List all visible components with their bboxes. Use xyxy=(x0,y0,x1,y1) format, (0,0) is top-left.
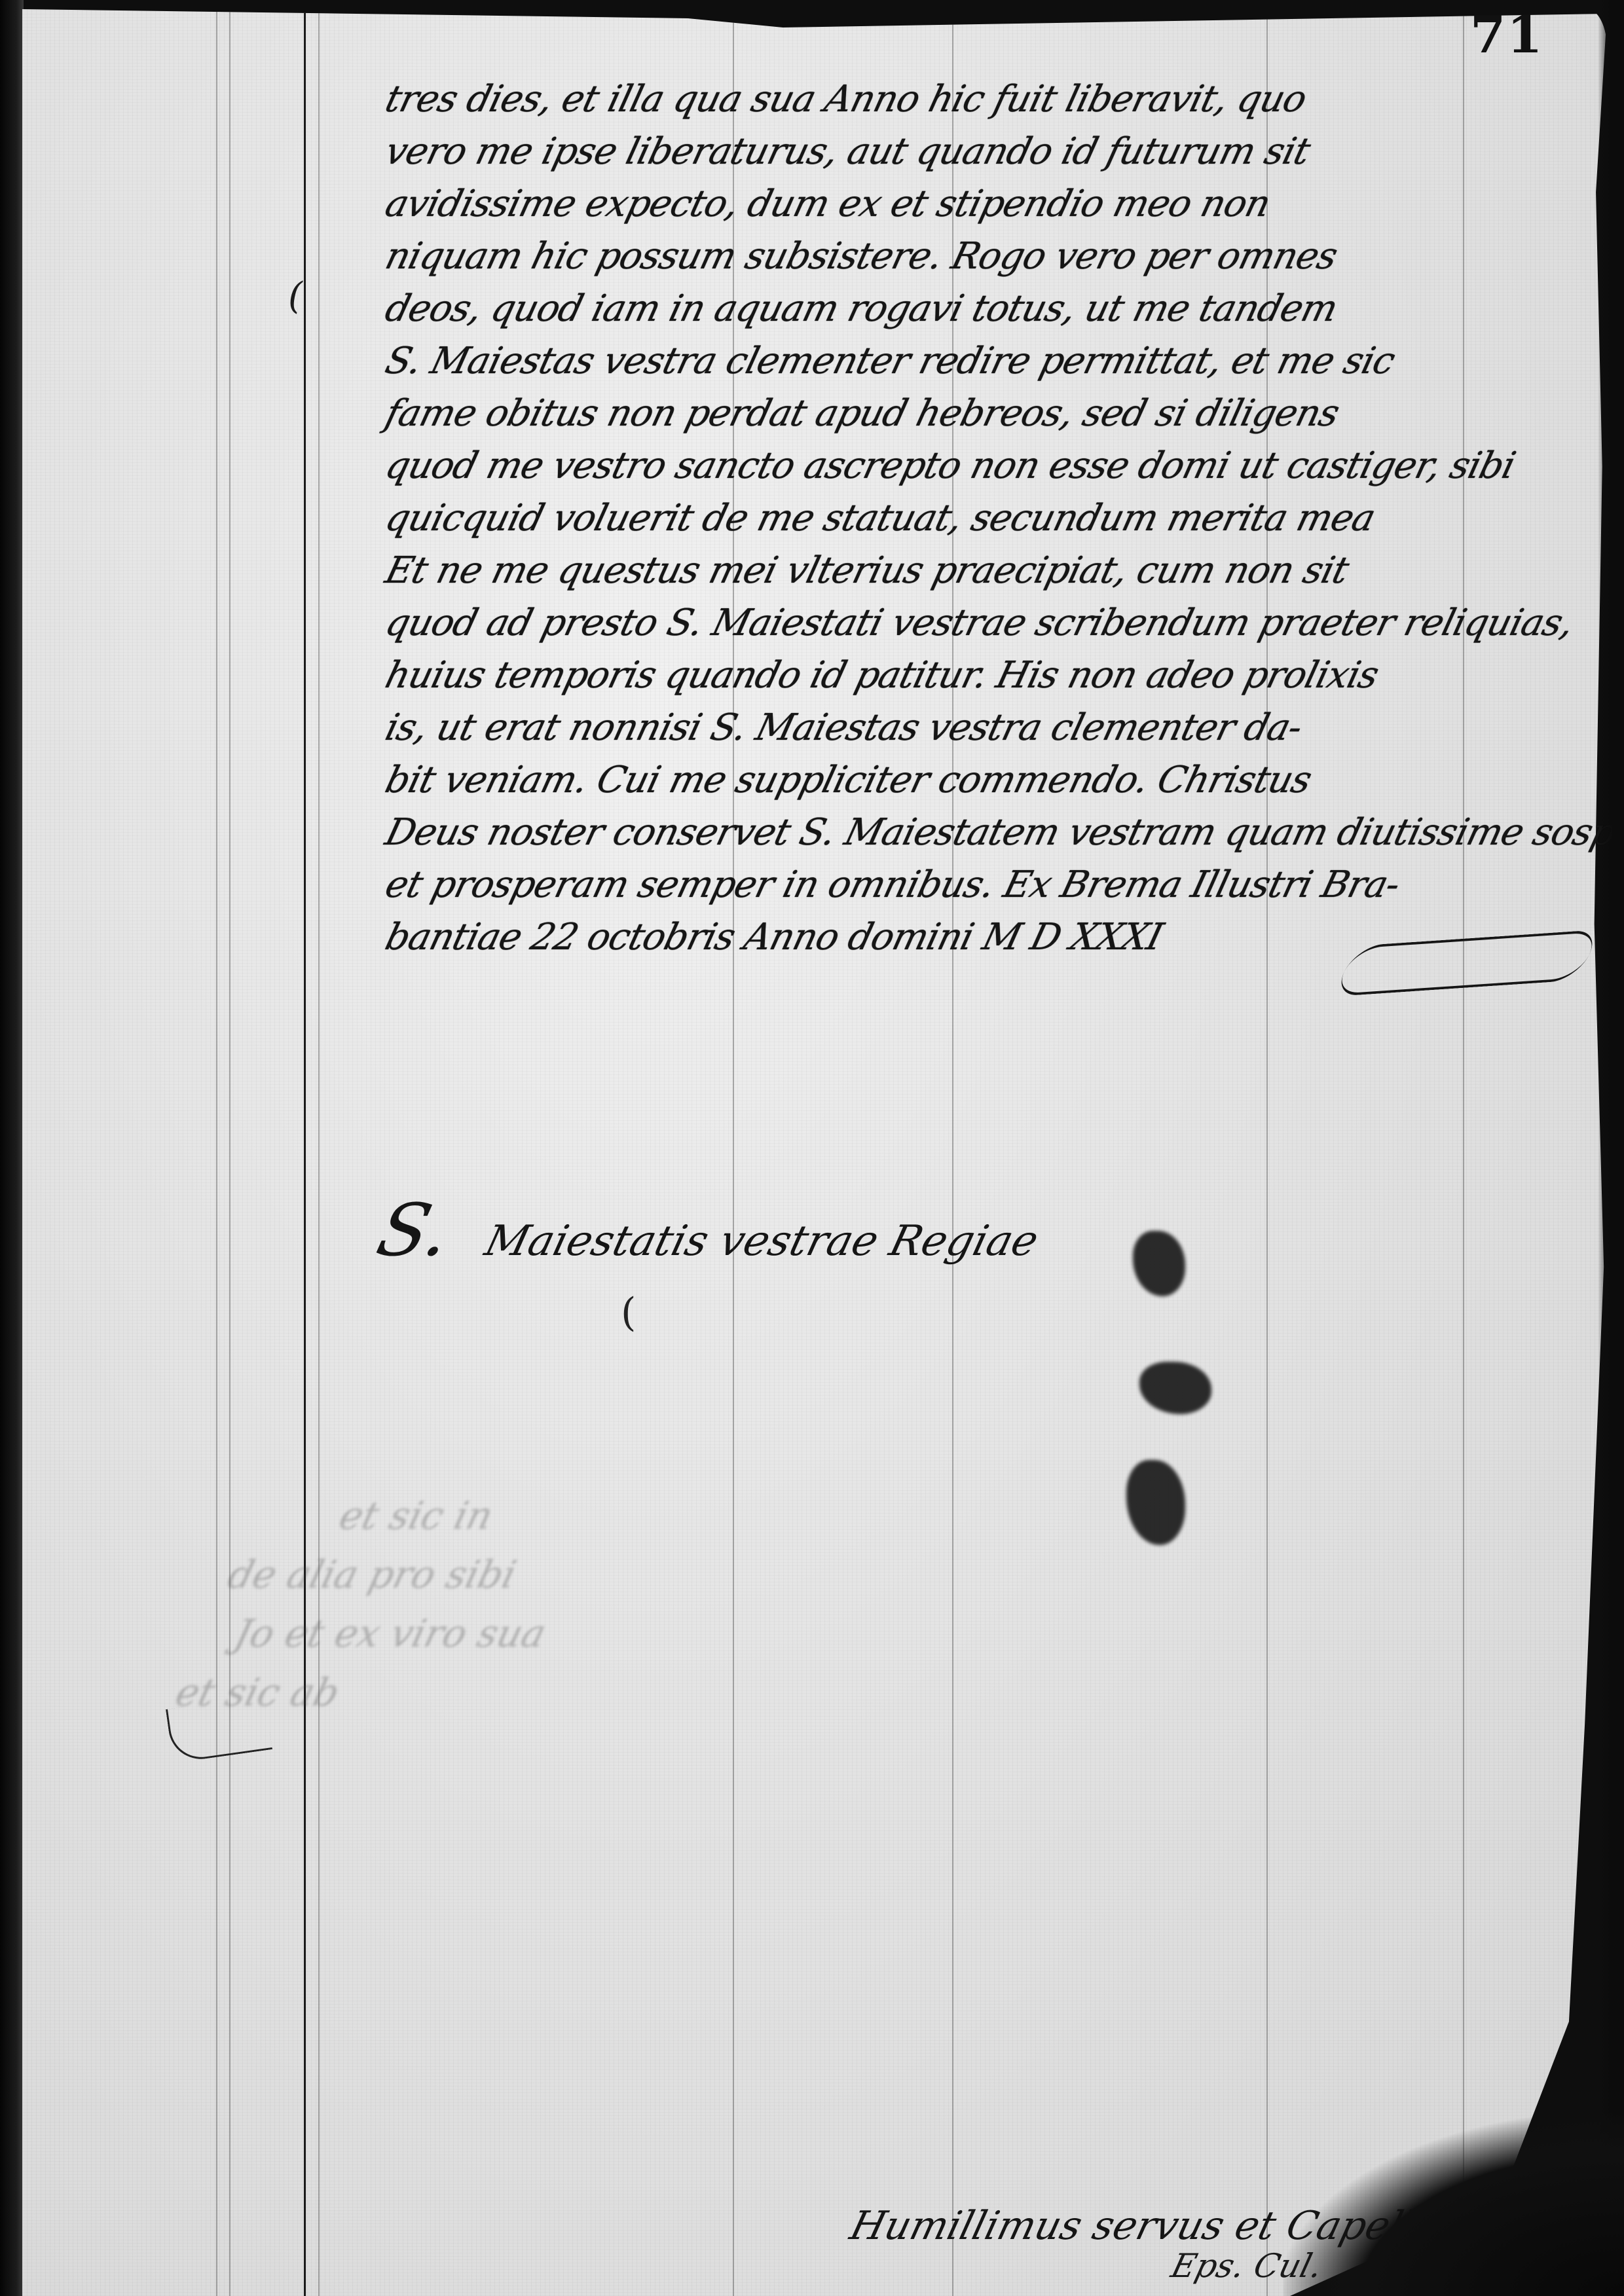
text-line: tres dies, et illa qua sua Anno hic fuit… xyxy=(380,73,1624,126)
text-line: quod me vestro sancto ascrepto non esse … xyxy=(380,440,1624,492)
folio-number: 71 xyxy=(1470,5,1544,65)
text-line: quod ad presto S. Maiestati vestrae scri… xyxy=(380,597,1624,649)
margin-mark: ( xyxy=(288,275,303,318)
letter-body: tres dies, et illa qua sua Anno hic fuit… xyxy=(380,73,1611,964)
scan-left-edge xyxy=(0,0,24,2296)
text-line: fame obitus non perdat apud hebreos, sed… xyxy=(380,388,1624,440)
ruling-line xyxy=(229,9,231,2296)
closing-text: Maiestatis vestrae Regiae xyxy=(480,1217,1043,1266)
text-line: is, ut erat nonnisi S. Maiestas vestra c… xyxy=(380,702,1624,754)
scan-corner-shadow xyxy=(1283,2113,1624,2296)
text-line: deos, quod iam in aquam rogavi totus, ut… xyxy=(380,283,1624,335)
ruling-line xyxy=(318,9,320,2296)
text-line: Et ne me questus mei vlterius praecipiat… xyxy=(380,545,1624,597)
text-line: vero me ipse liberaturus, aut quando id … xyxy=(380,126,1624,178)
stray-mark: ( xyxy=(621,1290,636,1336)
bleed-line: et sic in xyxy=(143,1486,845,1545)
ruling-line xyxy=(216,9,217,2296)
text-line: huius temporis quando id patitur. His no… xyxy=(380,649,1624,702)
text-line: S. Maiestas vestra clementer redire perm… xyxy=(380,335,1624,388)
text-line: et prosperam semper in omnibus. Ex Brema… xyxy=(380,859,1624,911)
text-line: niquam hic possum subsistere. Rogo vero … xyxy=(380,230,1624,283)
text-line: Deus noster conservet S. Maiestatem vest… xyxy=(380,807,1624,859)
text-line: bit veniam. Cui me suppliciter commendo.… xyxy=(380,754,1624,807)
bleed-line: Jo et ex viro sua xyxy=(143,1604,845,1663)
scan-right-edge xyxy=(1598,0,1624,2296)
text-line: avidissime expecto, dum ex et stipendio … xyxy=(380,178,1624,230)
bleed-line: de alia pro sibi xyxy=(143,1545,845,1604)
closing-salutation: S. Maiestatis vestrae Regiae xyxy=(369,1188,1050,1272)
margin-rule xyxy=(304,9,306,2296)
text-line: quicquid voluerit de me statuat, secundu… xyxy=(380,492,1624,545)
